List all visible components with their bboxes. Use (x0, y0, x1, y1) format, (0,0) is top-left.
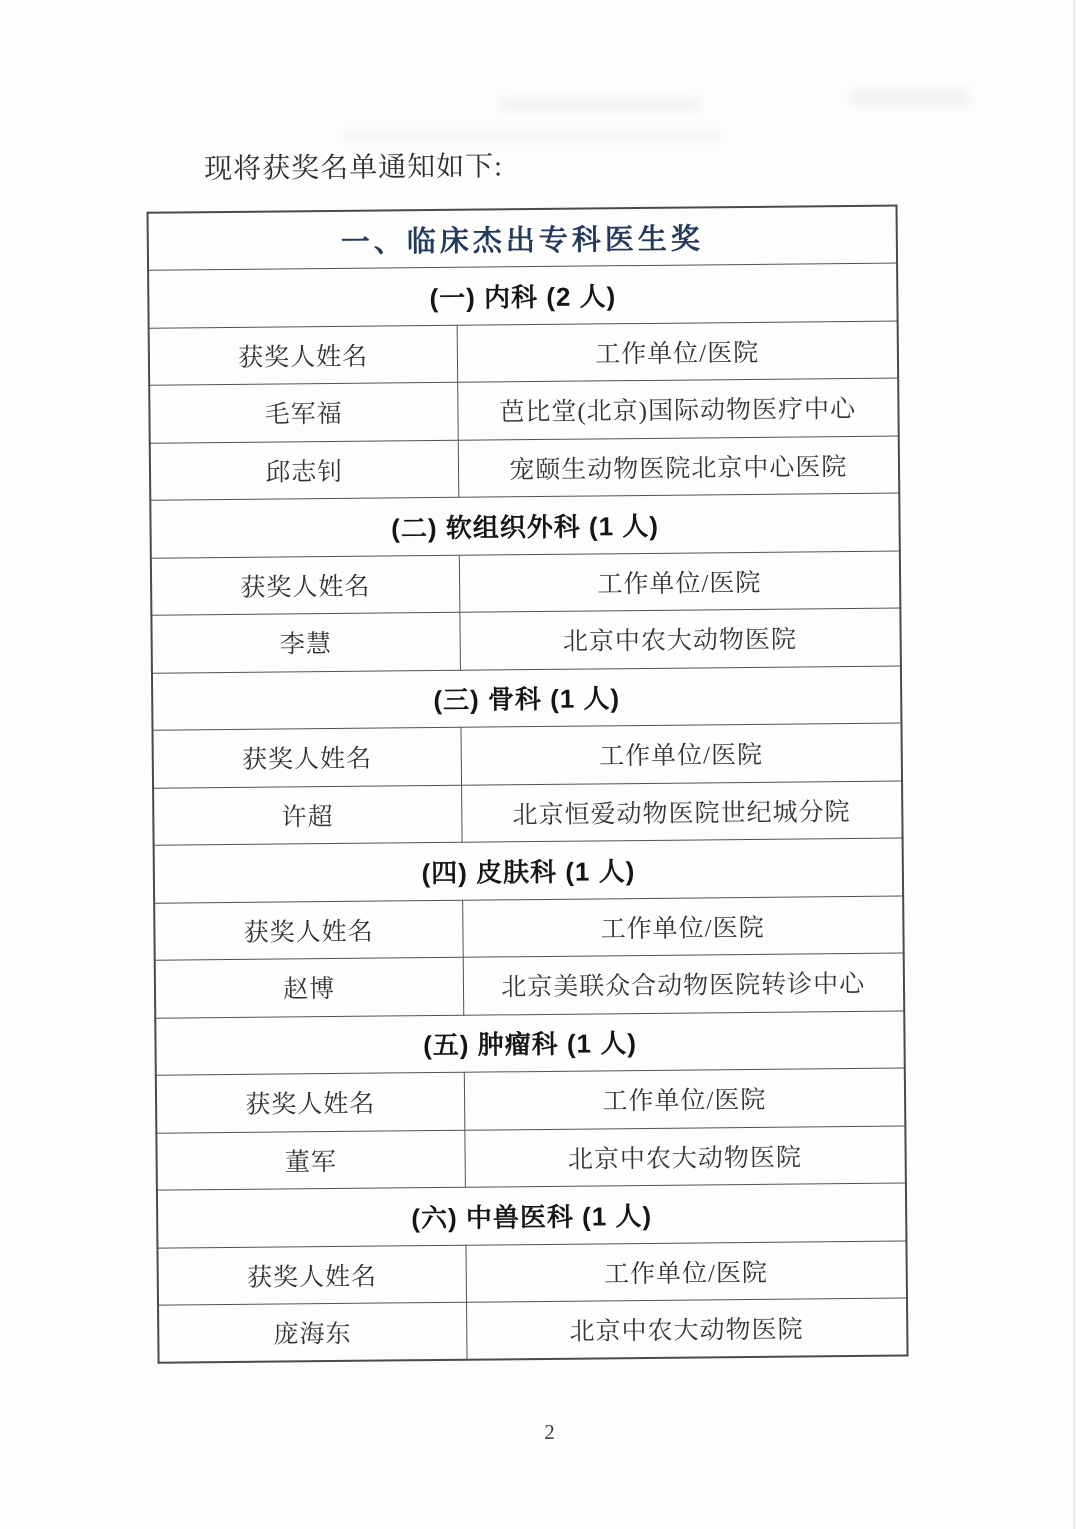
column-header-row: 获奖人姓名 工作单位/医院 (154, 896, 904, 961)
section-heading-row: (五) 肿瘤科 (1 人) (155, 1011, 905, 1076)
column-header-row: 获奖人姓名 工作单位/医院 (156, 1068, 906, 1133)
winner-row: 许超 北京恒爱动物医院世纪城分院 (153, 781, 903, 846)
section-heading: (一) 内科 (2 人) (148, 263, 898, 328)
table-title-row: 一、临床杰出专科医生奖 (148, 206, 898, 271)
section-heading-row: (三) 骨科 (1 人) (152, 666, 902, 731)
winner-row: 董军 北京中农大动物医院 (156, 1126, 906, 1191)
column-header-org: 工作单位/医院 (460, 723, 902, 785)
section-heading-row: (六) 中兽医科 (1 人) (157, 1183, 907, 1248)
winner-org: 芭比堂(北京)国际动物医疗中心 (457, 378, 899, 440)
column-header-name: 获奖人姓名 (156, 1072, 465, 1132)
winner-name: 赵博 (155, 957, 464, 1017)
column-header-row: 获奖人姓名 工作单位/医院 (151, 551, 901, 616)
winner-org: 北京中农大动物医院 (466, 1298, 908, 1360)
column-header-row: 获奖人姓名 工作单位/医院 (149, 321, 899, 386)
document-page: 现将获奖名单通知如下: 一、临床杰出专科医生奖 (一) 内科 (2 人) 获奖人… (0, 0, 1080, 1529)
intro-text: 现将获奖名单通知如下: (204, 144, 503, 187)
winner-name: 董军 (156, 1130, 465, 1190)
section-heading: (六) 中兽医科 (1 人) (157, 1183, 907, 1248)
winner-row: 庞海东 北京中农大动物医院 (158, 1298, 908, 1363)
column-header-name: 获奖人姓名 (157, 1245, 466, 1305)
winner-row: 李慧 北京中农大动物医院 (151, 608, 901, 673)
column-header-org: 工作单位/医院 (465, 1241, 907, 1303)
winner-row: 毛军福 芭比堂(北京)国际动物医疗中心 (149, 378, 899, 443)
winner-org: 北京美联众合动物医院转诊中心 (463, 953, 905, 1015)
winner-org: 北京中农大动物医院 (464, 1126, 906, 1188)
winner-name: 庞海东 (158, 1302, 467, 1362)
section-heading-row: (一) 内科 (2 人) (148, 263, 898, 328)
section-heading: (四) 皮肤科 (1 人) (154, 838, 904, 903)
winner-name: 许超 (153, 785, 462, 845)
column-header-org: 工作单位/医院 (462, 896, 904, 958)
column-header-row: 获奖人姓名 工作单位/医院 (153, 723, 903, 788)
winner-name: 毛军福 (149, 382, 458, 442)
winner-name: 邱志钊 (150, 440, 459, 500)
winner-row: 邱志钊 宠颐生动物医院北京中心医院 (150, 436, 900, 501)
column-header-name: 获奖人姓名 (154, 900, 463, 960)
section-heading: (五) 肿瘤科 (1 人) (155, 1011, 905, 1076)
winner-name: 李慧 (151, 612, 460, 672)
section-heading-row: (四) 皮肤科 (1 人) (154, 838, 904, 903)
column-header-name: 获奖人姓名 (153, 727, 462, 787)
winner-org: 宠颐生动物医院北京中心医院 (458, 436, 900, 498)
column-header-name: 获奖人姓名 (149, 325, 458, 385)
section-heading-row: (二) 软组织外科 (1 人) (150, 493, 900, 558)
column-header-org: 工作单位/医院 (464, 1068, 906, 1130)
awards-table: 一、临床杰出专科医生奖 (一) 内科 (2 人) 获奖人姓名 工作单位/医院 毛… (147, 205, 909, 1364)
column-header-org: 工作单位/医院 (459, 551, 901, 613)
winner-org: 北京中农大动物医院 (459, 608, 901, 670)
column-header-row: 获奖人姓名 工作单位/医院 (157, 1241, 907, 1306)
column-header-name: 获奖人姓名 (151, 555, 460, 615)
section-heading: (二) 软组织外科 (1 人) (150, 493, 900, 558)
page-content: 现将获奖名单通知如下: 一、临床杰出专科医生奖 (一) 内科 (2 人) 获奖人… (0, 0, 1080, 1529)
winner-row: 赵博 北京美联众合动物医院转诊中心 (155, 953, 905, 1018)
column-header-org: 工作单位/医院 (457, 321, 899, 383)
page-number: 2 (544, 1420, 555, 1445)
winner-org: 北京恒爱动物医院世纪城分院 (461, 781, 903, 843)
section-heading: (三) 骨科 (1 人) (152, 666, 902, 731)
table-title: 一、临床杰出专科医生奖 (148, 206, 898, 271)
